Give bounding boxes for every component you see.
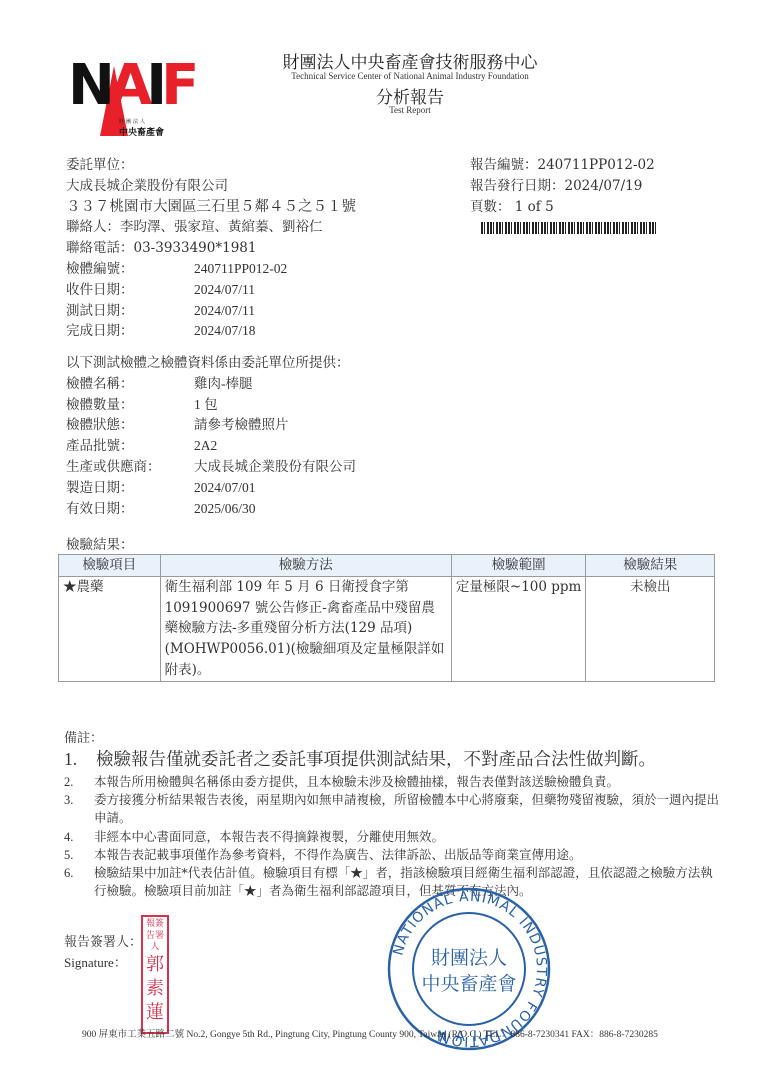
note-item: 2.本報告所用檢體與名稱係由委方提供，且本檢驗未涉及檢體抽樣，報告表僅對該送驗檢… bbox=[64, 773, 724, 791]
batch-number-row: 產品批號：2A2 bbox=[66, 436, 356, 457]
header-range: 檢驗範圍 bbox=[451, 555, 586, 577]
note-item: 1.檢驗報告僅就委託者之委託事項提供測試結果，不對產品合法性做判斷。 bbox=[64, 746, 724, 773]
sample-status-row: 檢體狀態：請參考檢體照片 bbox=[66, 415, 356, 436]
note-item: 3.委方接獲分析結果報告表後，兩星期內如無申請複檢，所留檢體本中心將廢棄，但藥物… bbox=[64, 791, 724, 827]
naif-logo: NAIF 財團法人 中央畜產會 bbox=[66, 54, 178, 138]
barcode bbox=[481, 222, 658, 234]
report-title-en: Test Report bbox=[230, 105, 590, 115]
received-date: 2024/07/11 bbox=[194, 282, 255, 297]
header-item: 檢驗項目 bbox=[59, 555, 161, 577]
svg-text:財團法人: 財團法人 bbox=[431, 947, 507, 969]
report-meta: 報告編號：240711PP012-02 報告發行日期：2024/07/19 頁數… bbox=[470, 155, 655, 217]
results-label: 檢驗結果： bbox=[66, 533, 134, 553]
logo-subtitle: 中央畜產會 bbox=[119, 125, 164, 138]
completed-date: 2024/07/18 bbox=[194, 323, 256, 338]
results-table: 檢驗項目 檢驗方法 檢驗範圍 檢驗結果 ★農藥 衛生福利部 109 年 5 月 … bbox=[58, 554, 715, 682]
header-method: 檢驗方法 bbox=[160, 555, 451, 577]
client-company: 大成長城企業股份有限公司 bbox=[66, 176, 356, 197]
notes: 備註： 1.檢驗報告僅就委託者之委託事項提供測試結果，不對產品合法性做判斷。 2… bbox=[64, 727, 724, 900]
table-header-row: 檢驗項目 檢驗方法 檢驗範圍 檢驗結果 bbox=[59, 555, 715, 577]
sample-name-row: 檢體名稱：雞肉-棒腿 bbox=[66, 374, 356, 395]
sample-quantity-row: 檢體數量：1 包 bbox=[66, 395, 356, 416]
received-date-row: 收件日期：2024/07/11 bbox=[66, 280, 356, 301]
sample-id-row: 檢體編號：240711PP012-02 bbox=[66, 259, 356, 280]
cell-result: 未檢出 bbox=[586, 576, 715, 681]
client-phone: 聯絡電話：03-3933490*1981 bbox=[66, 238, 356, 259]
client-label: 委託單位： bbox=[66, 155, 356, 176]
report-number: 報告編號：240711PP012-02 bbox=[470, 155, 655, 176]
svg-text:中央畜產會: 中央畜產會 bbox=[421, 973, 516, 995]
cell-item: ★農藥 bbox=[59, 576, 161, 681]
supplier-row: 生產或供應商：大成長城企業股份有限公司 bbox=[66, 457, 356, 478]
manufacture-date-row: 製造日期：2024/07/01 bbox=[66, 478, 356, 499]
signature-label: 報告簽署人： Signature： bbox=[64, 933, 142, 973]
signature-chop: 報簽 告署人 郭 素 蓮 bbox=[141, 915, 169, 1034]
client-info: 委託單位： 大成長城企業股份有限公司 ３３７桃園市大園區三石里５鄰４５之５１號 … bbox=[66, 155, 356, 342]
logo-letters: NAIF bbox=[68, 56, 193, 116]
page-count: 頁數： 1 of 5 bbox=[470, 197, 655, 218]
header-result: 檢驗結果 bbox=[586, 555, 715, 577]
note-item: 5.本報告表記載事項僅作為參考資料，不得作為廣告、法律訴訟、出版品等商業宣傳用途… bbox=[64, 846, 724, 864]
issue-date: 報告發行日期：2024/07/19 bbox=[470, 176, 655, 197]
sample-intro: 以下測試檢體之檢體資料係由委託單位所提供： bbox=[66, 353, 356, 374]
client-address: ３３７桃園市大園區三石里５鄰４５之５１號 bbox=[66, 197, 356, 218]
test-date: 2024/07/11 bbox=[194, 303, 255, 318]
sample-info: 以下測試檢體之檢體資料係由委託單位所提供： 檢體名稱：雞肉-棒腿 檢體數量：1 … bbox=[66, 353, 356, 519]
sample-id: 240711PP012-02 bbox=[194, 261, 287, 276]
table-row: ★農藥 衛生福利部 109 年 5 月 6 日衛授食字第 1091900697 … bbox=[59, 576, 715, 681]
footer-address: 900 屏東市工業五路二號 No.2, Gongye 5th Rd., Ping… bbox=[82, 1026, 658, 1040]
client-contacts: 聯絡人：李昀澤、張家瑄、黃綰蓁、劉裕仁 bbox=[66, 217, 356, 238]
logo-subtitle-small: 財團法人 bbox=[119, 118, 147, 125]
org-name-en: Technical Service Center of National Ani… bbox=[230, 71, 590, 81]
cell-range: 定量極限~100 ppm bbox=[451, 576, 586, 681]
notes-title: 備註： bbox=[64, 727, 724, 746]
cell-method: 衛生福利部 109 年 5 月 6 日衛授食字第 1091900697 號公告修… bbox=[160, 576, 451, 681]
completed-date-row: 完成日期：2024/07/18 bbox=[66, 321, 356, 342]
org-name: 財團法人中央畜產會技術服務中心 bbox=[230, 48, 590, 73]
note-item: 4.非經本中心書面同意，本報告表不得摘錄複製，分離使用無效。 bbox=[64, 828, 724, 846]
expiry-date-row: 有效日期：2025/06/30 bbox=[66, 499, 356, 520]
test-date-row: 測試日期：2024/07/11 bbox=[66, 301, 356, 322]
